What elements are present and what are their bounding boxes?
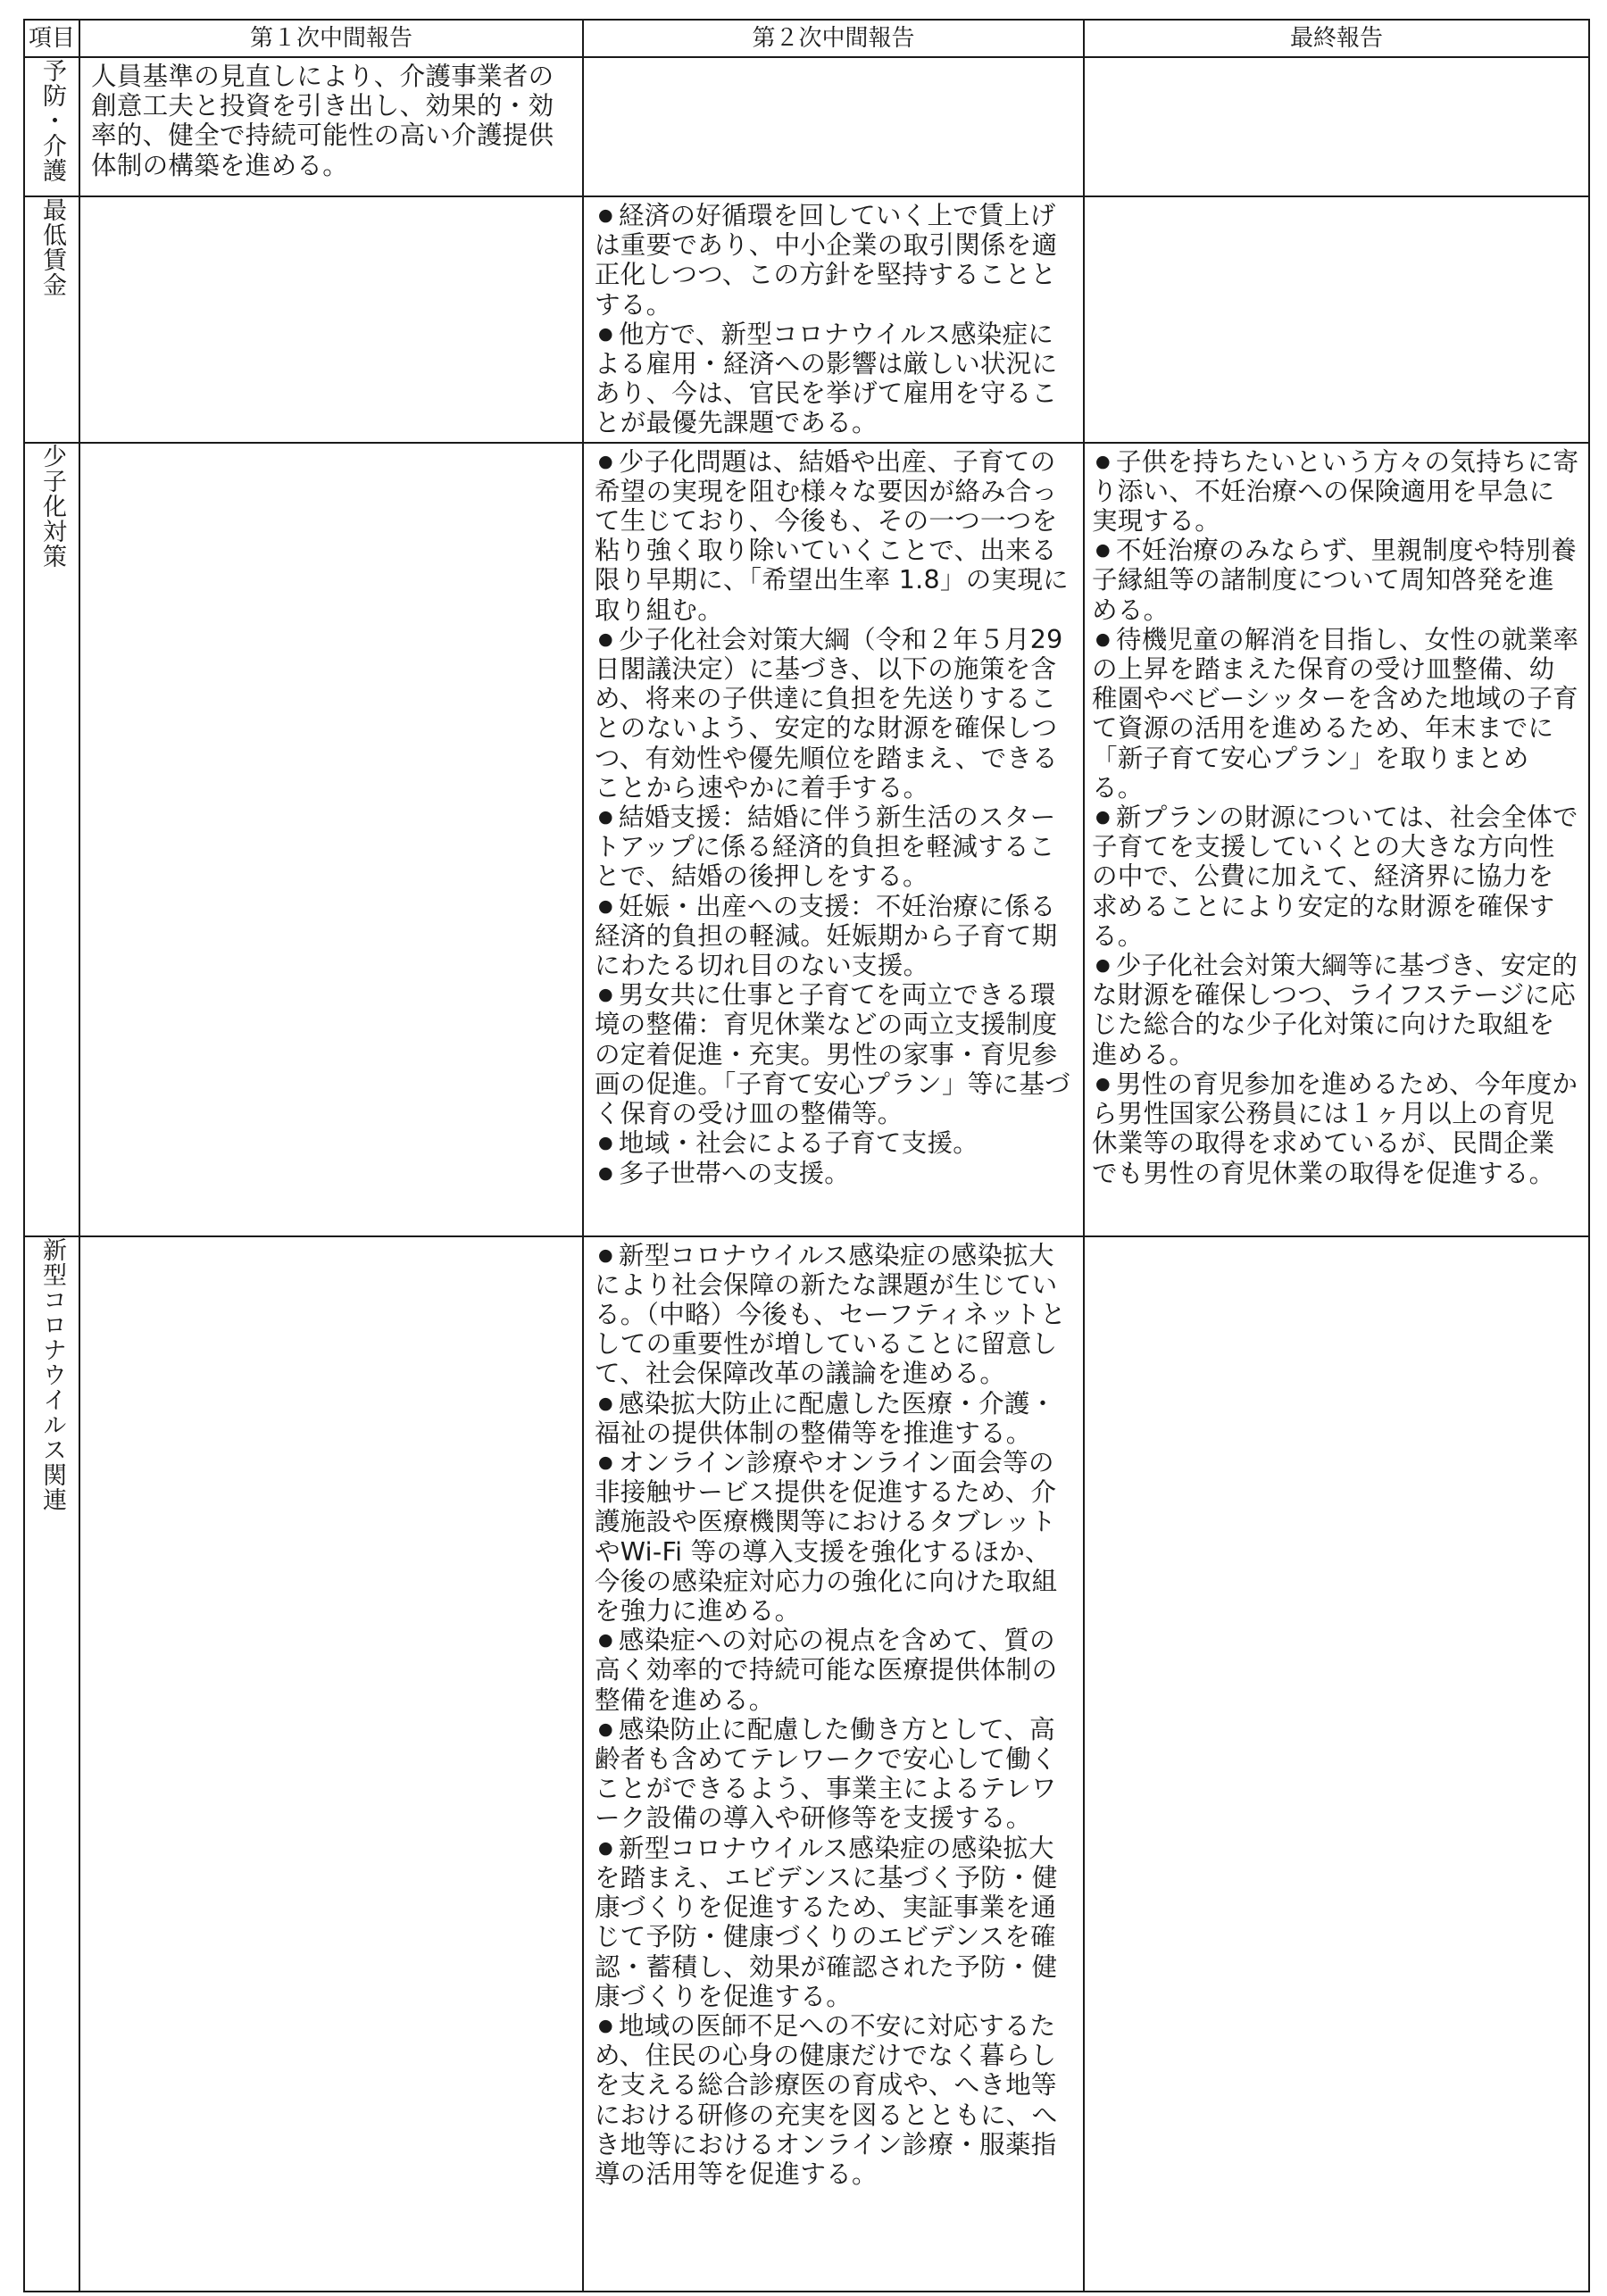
table-row: 予防・介護 人員基準の見直しにより、介護事業者の創意工夫と投資を引き出し、効果的… — [24, 57, 1589, 196]
bullet-item: 少子化社会対策大綱等に基づき、安定的な財源を確保しつつ、ライフステージに応じた総… — [1092, 951, 1579, 1069]
bullet-item: 待機児童の解消を目指し、女性の就業率の上昇を踏まえた保育の受け皿整備、幼稚園やベ… — [1092, 625, 1579, 803]
bullet-item: 感染拡大防止に配慮した医療・介護・福祉の提供体制の整備等を推進する。 — [595, 1389, 1074, 1448]
table-row: 少子化対策 少子化問題は、結婚や出産、子育ての希望の実現を阻む様々な要因が絡み合… — [24, 443, 1589, 1236]
bullet-item: 新プランの財源については、社会全体で子育てを支援していくとの大きな方向性の中で、… — [1092, 803, 1579, 951]
bullet-item: 妊娠・出産への支援：不妊治療に係る経済的負担の軽減。妊娠期から子育て期にわたる切… — [595, 892, 1074, 981]
report2-cell: 経済の好循環を回していく上で賃上げは重要であり、中小企業の取引関係を適正化しつつ… — [583, 196, 1084, 443]
bullet-item: 不妊治療のみならず、里親制度や特別養子縁組等の諸制度について周知啓発を進める。 — [1092, 536, 1579, 625]
header-report1: 第１次中間報告 — [79, 20, 583, 57]
report1-cell — [79, 196, 583, 443]
bullet-item: 他方で、新型コロナウイルス感染症による雇用・経済への影響は厳しい状況にあり、今は… — [595, 320, 1074, 438]
bullet-item: 感染症への対応の視点を含めて、質の高く効率的で持続可能な医療提供体制の整備を進め… — [595, 1626, 1074, 1715]
table-row: 新型コロナウイルス関連 新型コロナウイルス感染症の感染拡大により社会保障の新たな… — [24, 1236, 1589, 2292]
header-final: 最終報告 — [1084, 20, 1589, 57]
bullet-item: 地域の医師不足への不安に対応するため、住民の心身の健康だけでなく暮らしを支える総… — [595, 2011, 1074, 2189]
bullet-item: 新型コロナウイルス感染症の感染拡大により社会保障の新たな課題が生じている。（中略… — [595, 1241, 1074, 1389]
bullet-item: 地域・社会による子育て支援。 — [595, 1128, 1074, 1158]
bullet-item: オンライン診療やオンライン面会等の非接触サービス提供を促進するため、介護施設や医… — [595, 1448, 1074, 1626]
row-item-cell: 予防・介護 — [24, 57, 79, 196]
report1-cell — [79, 1236, 583, 2292]
report1-cell: 人員基準の見直しにより、介護事業者の創意工夫と投資を引き出し、効果的・効率的、健… — [79, 57, 583, 196]
final-cell — [1084, 196, 1589, 443]
row-item-label: 予防・介護 — [38, 58, 65, 183]
report2-cell — [583, 57, 1084, 196]
bullet-item: 新型コロナウイルス感染症の感染拡大を踏まえ、エビデンスに基づく予防・健康づくりを… — [595, 1834, 1074, 2011]
header-report2: 第２次中間報告 — [583, 20, 1084, 57]
final-cell — [1084, 57, 1589, 196]
bullet-item: 男性の育児参加を進めるため、今年度から男性国家公務員には１ヶ月以上の育児休業等の… — [1092, 1069, 1579, 1188]
row-item-label: 新型コロナウイルス関連 — [38, 1237, 65, 1512]
bullet-item: 少子化問題は、結婚や出産、子育ての希望の実現を阻む様々な要因が絡み合って生じてお… — [595, 447, 1074, 625]
bullet-item: 感染防止に配慮した働き方として、高齢者も含めてテレワークで安心して働くことができ… — [595, 1715, 1074, 1834]
row-item-cell: 最低賃金 — [24, 196, 79, 443]
table-row: 最低賃金 経済の好循環を回していく上で賃上げは重要であり、中小企業の取引関係を適… — [24, 196, 1589, 443]
row-item-cell: 新型コロナウイルス関連 — [24, 1236, 79, 2292]
row-item-cell: 少子化対策 — [24, 443, 79, 1236]
bullet-item: 少子化社会対策大綱（令和２年５月29日閣議決定）に基づき、以下の施策を含め、将来… — [595, 625, 1074, 803]
policy-comparison-table: 項目 第１次中間報告 第２次中間報告 最終報告 予防・介護 人員基準の見直しによ… — [23, 19, 1590, 2292]
bullet-item: 結婚支援：結婚に伴う新生活のスタートアップに係る経済的負担を軽減することで、結婚… — [595, 803, 1074, 892]
bullet-item: 子供を持ちたいという方々の気持ちに寄り添い、不妊治療への保険適用を早急に実現する… — [1092, 447, 1579, 537]
bullet-item: 多子世帯への支援。 — [595, 1159, 1074, 1188]
report2-cell: 少子化問題は、結婚や出産、子育ての希望の実現を阻む様々な要因が絡み合って生じてお… — [583, 443, 1084, 1236]
paragraph: 人員基準の見直しにより、介護事業者の創意工夫と投資を引き出し、効果的・効率的、健… — [91, 62, 573, 180]
report2-cell: 新型コロナウイルス感染症の感染拡大により社会保障の新たな課題が生じている。（中略… — [583, 1236, 1084, 2292]
bullet-item: 経済の好循環を回していく上で賃上げは重要であり、中小企業の取引関係を適正化しつつ… — [595, 201, 1074, 320]
final-cell: 子供を持ちたいという方々の気持ちに寄り添い、不妊治療への保険適用を早急に実現する… — [1084, 443, 1589, 1236]
row-item-label: 最低賃金 — [38, 197, 65, 297]
table-header-row: 項目 第１次中間報告 第２次中間報告 最終報告 — [24, 20, 1589, 57]
bullet-item: 男女共に仕事と子育てを両立できる環境の整備：育児休業などの両立支援制度の定着促進… — [595, 980, 1074, 1128]
final-cell — [1084, 1236, 1589, 2292]
row-item-label: 少子化対策 — [38, 444, 65, 569]
report1-cell — [79, 443, 583, 1236]
header-item: 項目 — [24, 20, 79, 57]
